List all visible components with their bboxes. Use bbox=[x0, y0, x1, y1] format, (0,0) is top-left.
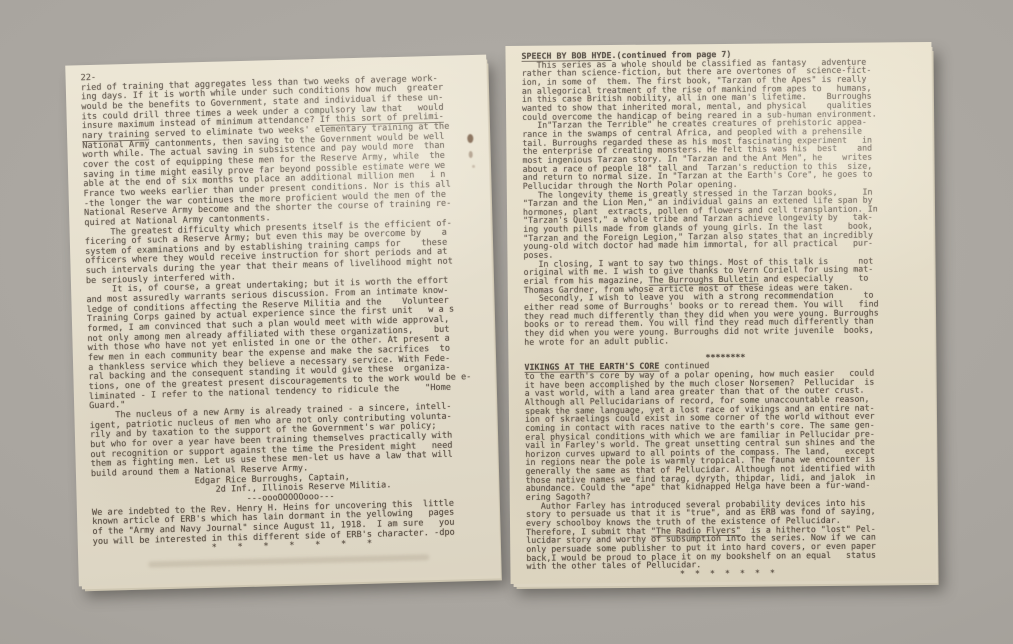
text-segment: * * * * * * * bbox=[680, 568, 775, 579]
stain-mark bbox=[467, 134, 473, 143]
right-page: SPEECH BY BOB HYDE.(continued from page … bbox=[505, 42, 936, 584]
stain-mark bbox=[472, 165, 475, 168]
right-page-text: SPEECH BY BOB HYDE.(continued from page … bbox=[521, 48, 928, 580]
ink-bleed-smudge bbox=[148, 554, 429, 567]
stain-mark bbox=[469, 151, 473, 158]
left-page: 22-ried of training that aggregates less… bbox=[65, 55, 499, 587]
left-page-text: 22-ried of training that aggregates less… bbox=[80, 64, 491, 557]
photo-background: 22-ried of training that aggregates less… bbox=[0, 0, 1013, 644]
text-segment: ******** bbox=[705, 351, 745, 361]
